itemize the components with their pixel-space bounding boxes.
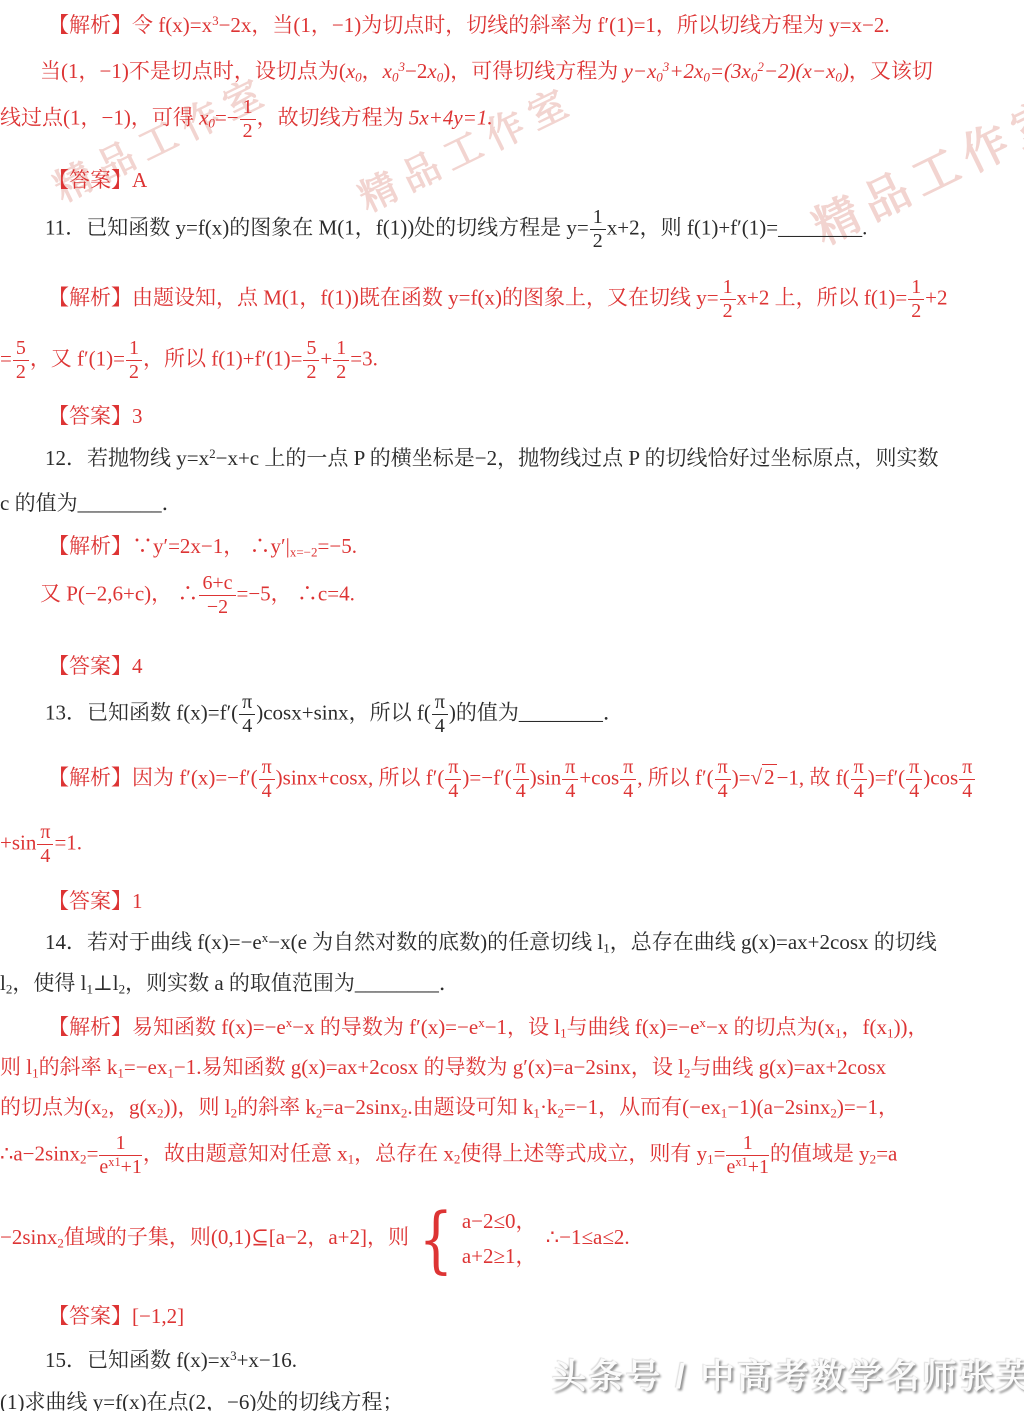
- q13-answer: 【答案】1: [48, 886, 143, 916]
- fraction: 12: [332, 338, 350, 383]
- fraction: π4: [431, 692, 449, 737]
- fraction: 12: [239, 97, 257, 142]
- fraction: π4: [512, 757, 530, 802]
- q14-analysis-line2: 则 l1的斜率 k1=−ex1−1.易知函数 g(x)=ax+2cosx 的导数…: [0, 1052, 886, 1082]
- q14-analysis-line4: ∴a−2sinx2=1ex1+1，故由题意知对任意 x1，总存在 x2使得上述等…: [0, 1133, 897, 1178]
- q14-analysis-line3: 的切点为(x2，g(x2))，则 l2的斜率 k2=a−2sinx2.由题设可知…: [0, 1092, 899, 1122]
- q12-analysis-line2: 又 P(−2,6+c)， ∴6+c−2=−5， ∴c=4.: [40, 573, 355, 618]
- fraction: π4: [444, 757, 462, 802]
- cases-system: {a−2≤0，a+2≥1，: [413, 1207, 537, 1272]
- fraction: 52: [302, 338, 320, 383]
- fraction: π4: [561, 757, 579, 802]
- q14-problem-line2: l2，使得 l1⊥l2，则实数 a 的取值范围为________．: [0, 968, 460, 998]
- q10-analysis-line2: 当(1，−1)不是切点时，设切点为(x0，x03−2x0)，可得切线方程为 y−…: [40, 56, 933, 86]
- q13-analysis-line2: +sinπ4=1.: [0, 822, 82, 867]
- fraction: 12: [125, 338, 143, 383]
- q10-analysis-line1: 【解析】令 f(x)=x3−2x，当(1，−1)为切点时，切线的斜率为 f′(1…: [48, 10, 890, 40]
- q11-answer: 【答案】3: [48, 401, 143, 431]
- q13-problem: 13．已知函数 f(x)=f′(π4)cosx+sinx，所以 f(π4)的值为…: [45, 692, 624, 737]
- fraction: π4: [850, 757, 868, 802]
- fraction: π4: [258, 757, 276, 802]
- document-page: 精品工作室精品工作室精品工作室 【解析】令 f(x)=x3−2x，当(1，−1)…: [0, 0, 1024, 1411]
- q10-analysis-line3: 线过点(1，−1)，可得 x0=−12，故切线方程为 5x+4y=1.: [0, 97, 493, 142]
- q14-analysis-line1: 【解析】易知函数 f(x)=−ex−x 的导数为 f′(x)=−ex−1，设 l…: [48, 1012, 929, 1042]
- fraction: 1ex1+1: [725, 1133, 769, 1178]
- q15-problem-line2: (1)求曲线 y=f(x)在点(2，−6)处的切线方程；: [0, 1387, 403, 1411]
- fraction: π4: [619, 757, 637, 802]
- q14-analysis-line5: −2sinx2值域的子集，则(0,1)⊆[a−2，a+2]，则{a−2≤0，a+…: [0, 1207, 630, 1272]
- fraction: 12: [907, 277, 925, 322]
- fraction: π4: [714, 757, 732, 802]
- fraction: 12: [719, 277, 737, 322]
- q12-problem-line1: 12．若抛物线 y=x2−x+c 上的一点 P 的横坐标是−2，抛物线过点 P …: [45, 443, 939, 473]
- q12-answer: 【答案】4: [48, 651, 143, 681]
- fraction: π4: [36, 822, 54, 867]
- diagonal-watermark-2: 精品工作室: [348, 70, 583, 222]
- fraction: 12: [589, 207, 607, 252]
- q14-answer: 【答案】[−1,2]: [48, 1301, 184, 1331]
- q11-problem: 11．已知函数 y=f(x)的图象在 M(1，f(1))处的切线方程是 y=12…: [45, 207, 867, 252]
- fraction: π4: [905, 757, 923, 802]
- q13-analysis-line1: 【解析】因为 f′(x)=−f′(π4)sinx+cosx, 所以 f′(π4)…: [48, 757, 976, 802]
- q15-problem-line1: 15．已知函数 f(x)=x3+x−16.: [45, 1345, 297, 1375]
- sqrt-expression: √2: [751, 764, 777, 789]
- q12-problem-line2: c 的值为________．: [0, 488, 183, 518]
- q14-problem-line1: 14．若对于曲线 f(x)=−ex−x(e 为自然对数的底数)的任意切线 l1，…: [45, 927, 937, 957]
- q10-answer: 【答案】A: [48, 165, 147, 195]
- left-brace: {: [419, 1207, 453, 1272]
- q11-analysis-line1: 【解析】由题设知，点 M(1，f(1))既在函数 y=f(x)的图象上，又在切线…: [48, 277, 948, 322]
- fraction: π4: [238, 692, 256, 737]
- footer-watermark: 头条号 / 中高考数学名师张芙华: [552, 1349, 1024, 1398]
- fraction: 6+c−2: [198, 573, 236, 618]
- fraction: 52: [12, 338, 30, 383]
- q12-analysis-line1: 【解析】∵y′=2x−1， ∴y′|x=−2=−5.: [48, 531, 357, 561]
- q11-analysis-line2: =52，又 f′(1)=12，所以 f(1)+f′(1)=52+12=3.: [0, 338, 378, 383]
- fraction: 1ex1+1: [98, 1133, 142, 1178]
- fraction: π4: [958, 757, 976, 802]
